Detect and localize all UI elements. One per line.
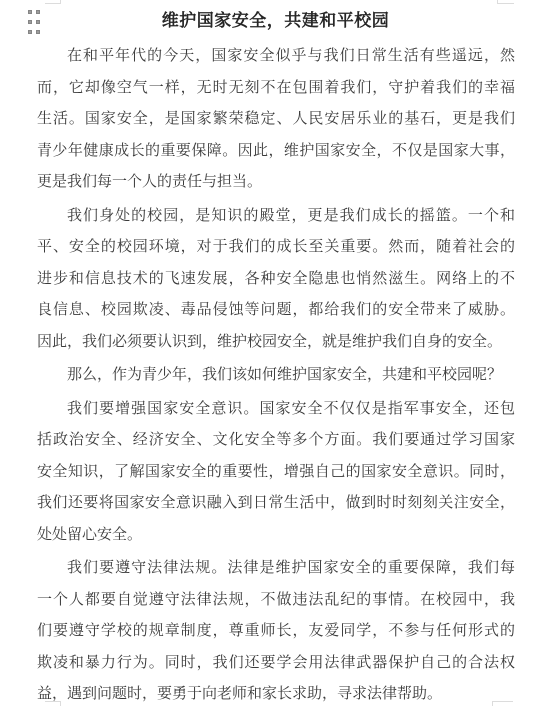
text-line: 我们要增强国家安全意识。国家安全不仅仅是指军事安全，还包 xyxy=(37,394,515,426)
paragraph: 在和平年代的今天，国家安全似乎与我们日常生活有些遥远，然而，它却像空气一样，无时… xyxy=(37,41,515,199)
paragraph: 我们要增强国家安全意识。国家安全不仅仅是指军事安全，还包括政治安全、经济安全、文… xyxy=(37,394,515,552)
text-line: 良信息、校园欺凌、毒品侵蚀等问题，都给我们的安全带来了威胁。 xyxy=(37,295,515,327)
text-line: 在和平年代的今天，国家安全似乎与我们日常生活有些遥远，然 xyxy=(37,41,515,73)
drag-handle-dot xyxy=(36,20,40,24)
text-line: 我们还要将国家安全意识融入到日常生活中，做到时时刻刻关注安全， xyxy=(37,488,515,520)
paragraph: 我们要遵守法律法规。法律是维护国家安全的重要保障，我们每一个人都要自觉遵守法律法… xyxy=(37,553,515,710)
drag-handle-dot xyxy=(28,30,32,34)
paragraph: 我们身处的校园，是知识的殿堂，更是我们成长的摇篮。一个和平、安全的校园环境，对于… xyxy=(37,201,515,359)
margin-corner-mark-bottom-right xyxy=(492,701,513,706)
drag-handle-icon[interactable] xyxy=(28,10,41,34)
document-title: 维护国家安全，共建和平校园 xyxy=(0,0,551,33)
text-line: 青少年健康成长的重要保障。因此，维护国家安全，不仅是国家大事， xyxy=(37,136,515,168)
text-line: 安全知识，了解国家安全的重要性，增强自己的国家安全意识。同时， xyxy=(37,457,515,489)
text-line: 进步和信息技术的飞速发展，各种安全隐患也悄然滋生。网络上的不 xyxy=(37,264,515,296)
text-line: 处处留心安全。 xyxy=(37,520,515,552)
text-line: 欺凌和暴力行为。同时，我们还要学会用法律武器保护自己的合法权 xyxy=(37,648,515,680)
text-line: 那么，作为青少年，我们该如何维护国家安全，共建和平校园呢？ xyxy=(37,360,515,392)
drag-handle-dot xyxy=(36,10,40,14)
margin-corner-mark-top-left xyxy=(45,0,61,4)
document-page: 维护国家安全，共建和平校园 在和平年代的今天，国家安全似乎与我们日常生活有些遥远… xyxy=(0,0,551,710)
paragraph: 那么，作为青少年，我们该如何维护国家安全，共建和平校园呢？ xyxy=(37,360,515,392)
text-line: 们要遵守学校的规章制度，尊重师长，友爱同学，不参与任何形式的 xyxy=(37,616,515,648)
text-line: 更是我们每一个人的责任与担当。 xyxy=(37,167,515,199)
text-line: 益，遇到问题时，要勇于向老师和家长求助，寻求法律帮助。 xyxy=(37,679,515,710)
document-body: 在和平年代的今天，国家安全似乎与我们日常生活有些遥远，然而，它却像空气一样，无时… xyxy=(0,41,551,710)
text-line: 而，它却像空气一样，无时无刻不在包围着我们，守护着我们的幸福 xyxy=(37,73,515,105)
drag-handle-dot xyxy=(28,20,32,24)
drag-handle-dot xyxy=(36,30,40,34)
text-line: 平、安全的校园环境，对于我们的成长至关重要。然而，随着社会的 xyxy=(37,232,515,264)
text-line: 因此，我们必须要认识到，维护校园安全，就是维护我们自身的安全。 xyxy=(37,327,515,359)
text-line: 我们身处的校园，是知识的殿堂，更是我们成长的摇篮。一个和 xyxy=(37,201,515,233)
margin-corner-mark-top-right xyxy=(497,0,514,4)
text-line: 括政治安全、经济安全、文化安全等多个方面。我们要通过学习国家 xyxy=(37,425,515,457)
margin-corner-mark-bottom-left xyxy=(45,701,61,706)
text-line: 一个人都要自觉遵守法律法规，不做违法乱纪的事情。在校园中，我 xyxy=(37,585,515,617)
drag-handle-dot xyxy=(28,10,32,14)
text-line: 我们要遵守法律法规。法律是维护国家安全的重要保障，我们每 xyxy=(37,553,515,585)
text-line: 生活。国家安全，是国家繁荣稳定、人民安居乐业的基石，更是我们 xyxy=(37,104,515,136)
